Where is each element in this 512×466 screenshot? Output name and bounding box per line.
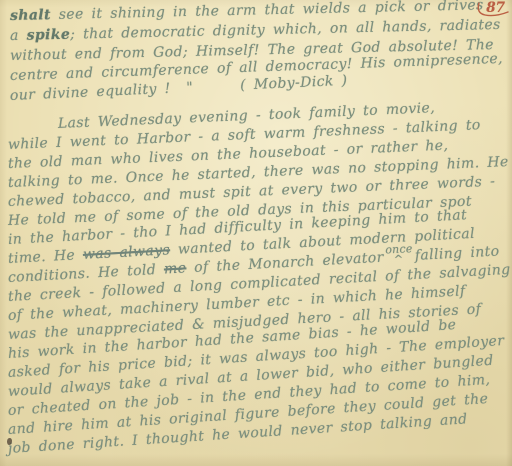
overwritten-text: shalt xyxy=(10,7,51,24)
diary-entry-paragraph: Last Wednesday evening - took family to … xyxy=(8,117,512,459)
page-number: 87 xyxy=(475,0,509,20)
page-number-underline-curve xyxy=(475,2,509,20)
crossed-out-text: me xyxy=(164,260,187,277)
crossed-out-text: was always xyxy=(83,242,171,263)
handwritten-text: a xyxy=(10,28,27,44)
overwritten-text: spike xyxy=(26,27,70,44)
moby-dick-quote-paragraph: shalt see it shining in the arm that wie… xyxy=(10,6,510,106)
handwritten-text: falling into xyxy=(414,243,499,264)
inserted-text-above-line: once xyxy=(385,239,413,259)
handwritten-text: time. He xyxy=(8,247,84,267)
manuscript-page: 87 shalt see it shining in the arm that … xyxy=(0,0,512,466)
